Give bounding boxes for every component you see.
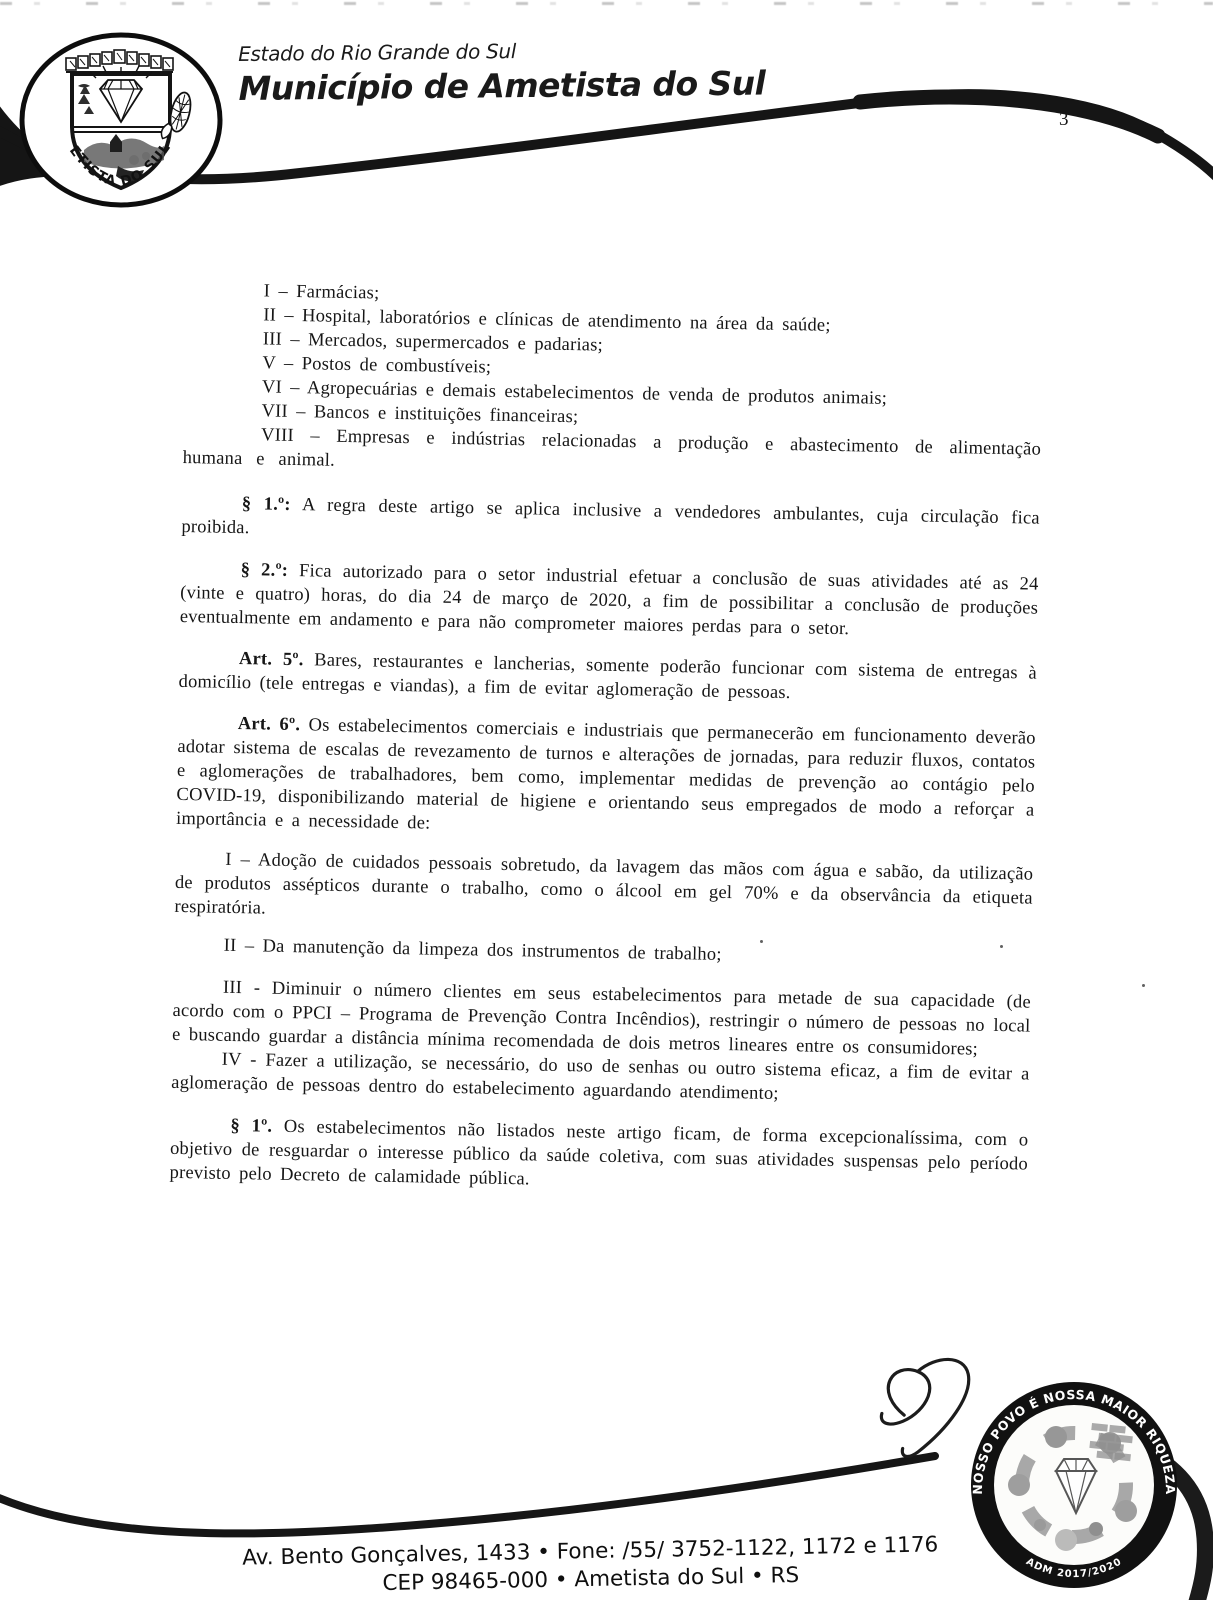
paragraph-lead: § 1.º: — [242, 494, 291, 515]
paragraph: § 1.º: A regra deste artigo se aplica in… — [181, 491, 1040, 555]
inciso-lead: I – — [225, 850, 250, 870]
article-text: Os estabelecimentos comerciais e industr… — [176, 715, 1036, 833]
article: Art. 6º. Os estabelecimentos comerciais … — [176, 711, 1036, 847]
header-swoosh-thick-overlay — [860, 97, 1158, 136]
article: Art. 5º. Bares, restaurantes e lancheria… — [178, 646, 1037, 710]
inciso-paragraph: I – Adoção de cuidados pessoais sobretud… — [174, 847, 1033, 935]
scan-speck — [1142, 984, 1145, 987]
signature — [858, 1346, 1048, 1476]
inciso-paragraph: II – Da manutenção da limpeza dos instru… — [174, 933, 1032, 973]
municipal-crest-icon: AMETISTA DO SUL·RS — [14, 28, 228, 214]
inciso-lead: II – — [224, 936, 255, 957]
paragraph: § 1º. Os estabelecimentos não listados n… — [169, 1113, 1028, 1201]
inciso-lead: IV - — [221, 1050, 256, 1071]
inciso-text: Da manutenção da limpeza dos instrumento… — [254, 936, 722, 965]
scan-speck — [760, 940, 763, 943]
scan-speck — [1000, 945, 1003, 948]
article-text: Bares, restaurantes e lancherias, soment… — [178, 650, 1037, 703]
inciso-lead: III - — [223, 978, 261, 999]
header: Estado do Rio Grande do Sul Município de… — [238, 36, 765, 108]
paragraph-text: Os estabelecimentos não listados neste a… — [169, 1117, 1028, 1190]
article-lead: Art. 6º. — [238, 714, 301, 735]
state-name: Estado do Rio Grande do Sul — [238, 36, 765, 66]
paragraph-lead: § 2.º: — [240, 560, 288, 581]
paragraph-lead: § 1º. — [230, 1116, 272, 1137]
paragraph: § 2.º: Fica autorizado para o setor indu… — [180, 557, 1039, 645]
paragraph-text: Fica autorizado para o setor industrial … — [180, 561, 1039, 639]
municipality-name: Município de Ametista do Sul — [238, 63, 765, 108]
document-page: AMETISTA DO SUL·RS Estado do Rio Grande … — [0, 0, 1213, 1600]
paragraph-text: A regra deste artigo se aplica inclusive… — [181, 495, 1040, 538]
inciso-text: Diminuir o número clientes em seus estab… — [172, 978, 1031, 1059]
footer-swoosh-curve — [0, 1456, 935, 1533]
inciso-text: Adoção de cuidados pessoais sobretudo, d… — [174, 850, 1033, 918]
document-body: I – Farmácias; II – Hospital, laboratóri… — [169, 278, 1043, 1201]
page-number: 3 — [1059, 109, 1069, 131]
article-lead: Art. 5º. — [239, 649, 304, 670]
